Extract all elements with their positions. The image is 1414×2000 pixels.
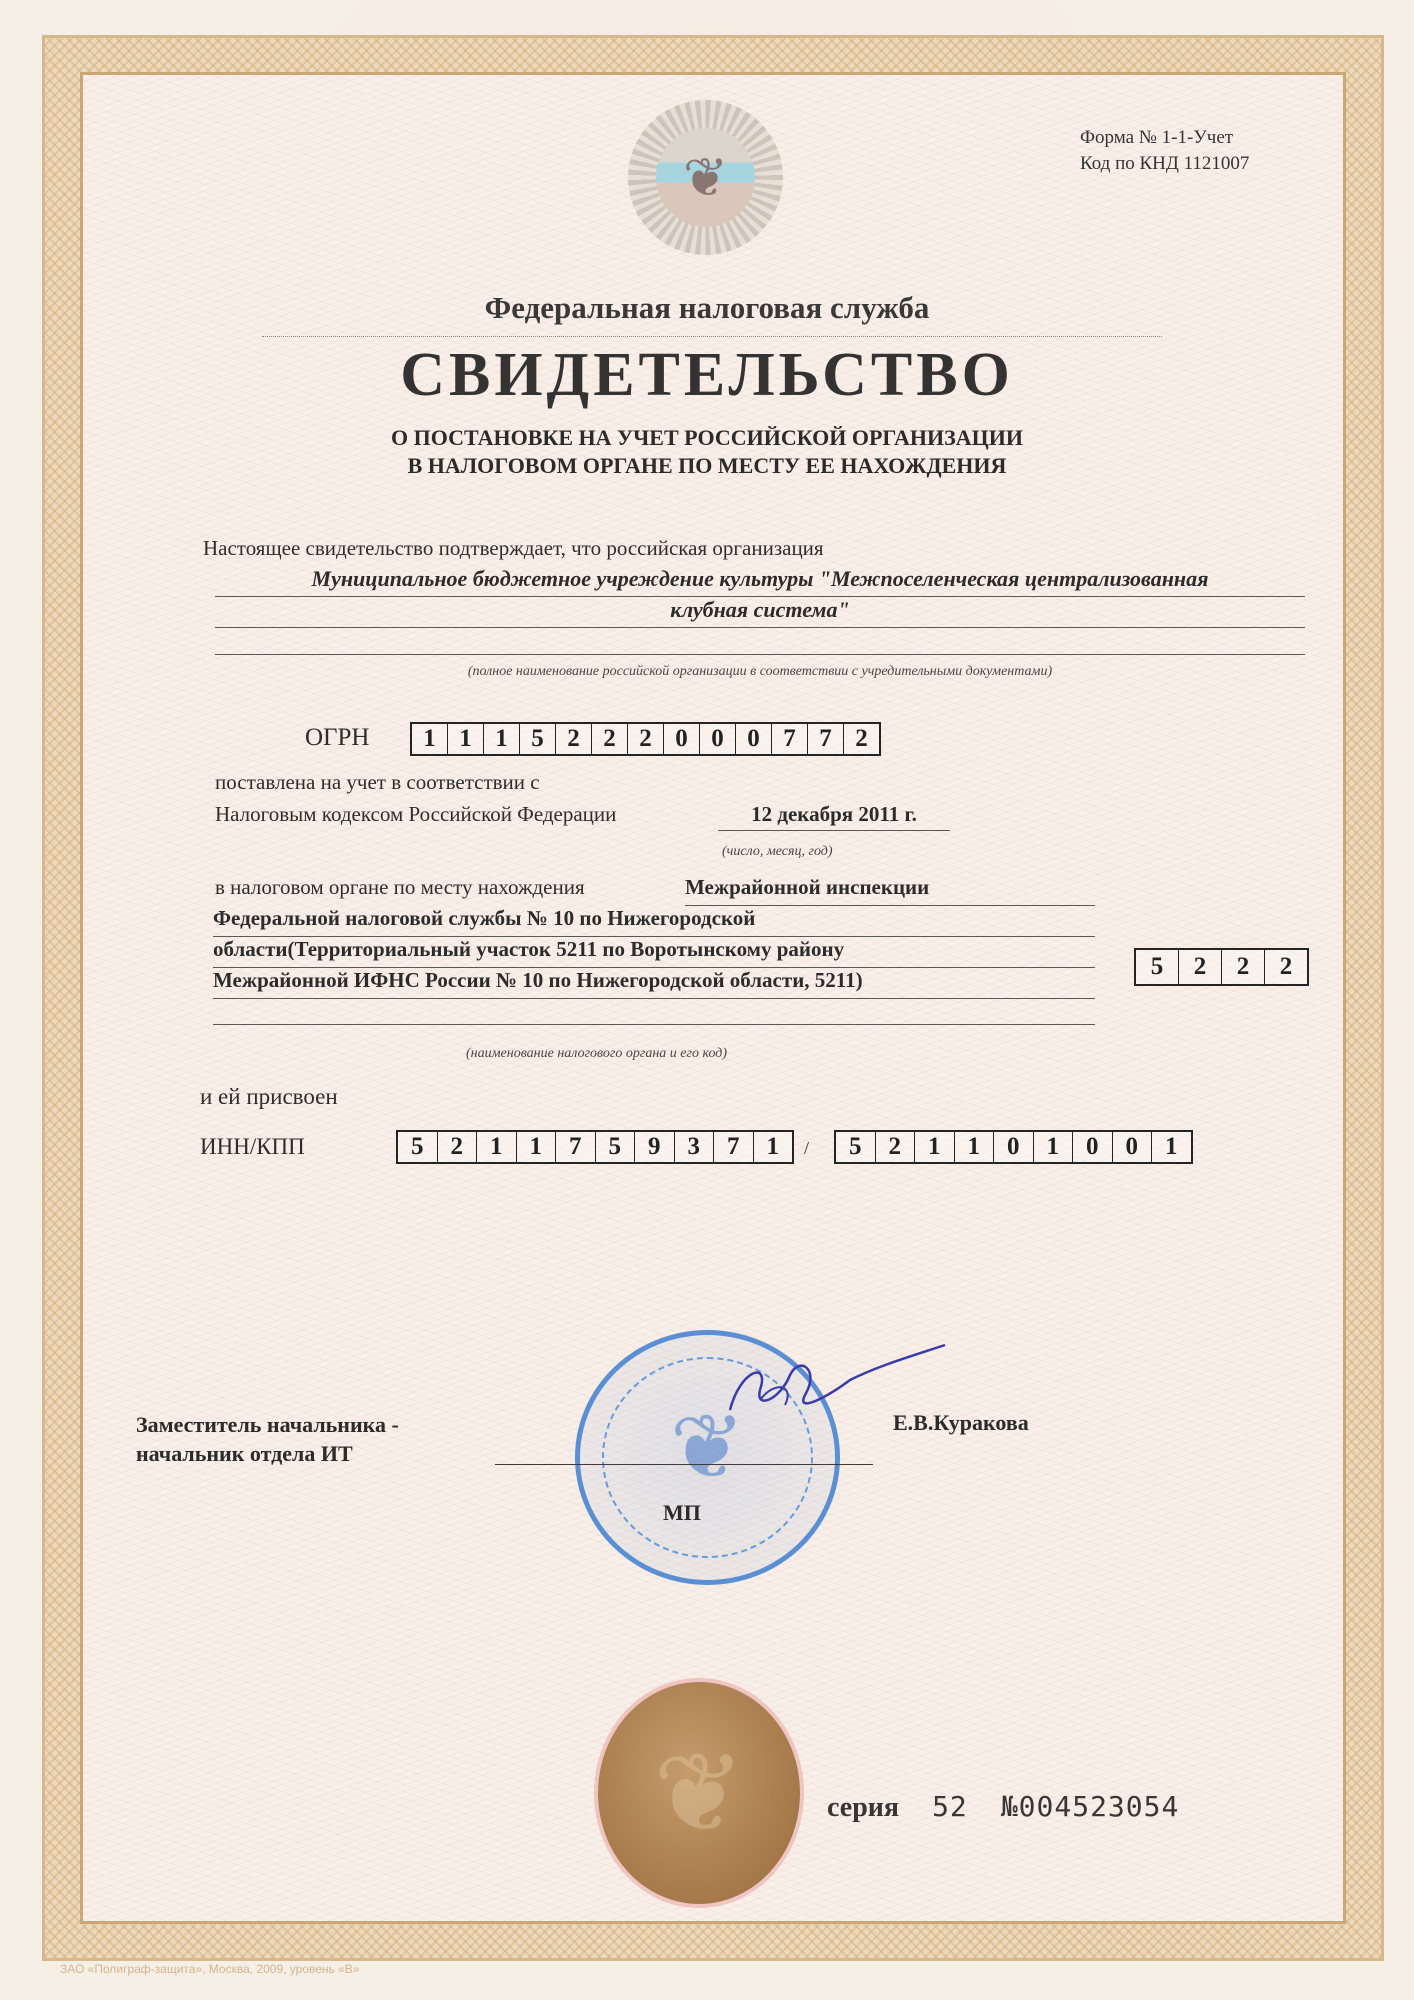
digit-box: 3 [675, 1132, 715, 1162]
digit-box: 5 [1136, 950, 1179, 984]
signatory-name: Е.В.Куракова [893, 1410, 1029, 1436]
organization-caption: (полное наименование российской организа… [0, 664, 1414, 680]
document-subtitle: О ПОСТАНОВКЕ НА УЧЕТ РОССИЙСКОЙ ОРГАНИЗА… [0, 424, 1414, 480]
digit-box: 9 [635, 1132, 675, 1162]
subtitle-line-1: О ПОСТАНОВКЕ НА УЧЕТ РОССИЙСКОЙ ОРГАНИЗА… [0, 424, 1414, 452]
registration-date: 12 декабря 2011 г. [718, 802, 950, 831]
registration-line-2: Налоговым кодексом Российской Федерации [215, 802, 616, 827]
digit-box: 2 [628, 724, 664, 754]
agency-name: Федеральная налоговая служба [0, 290, 1414, 326]
digit-box: 0 [1113, 1132, 1153, 1162]
digit-box: 2 [1179, 950, 1222, 984]
stamp-place-label: МП [663, 1500, 701, 1526]
digit-box: 7 [808, 724, 844, 754]
inn-kpp-label: ИНН/КПП [200, 1134, 305, 1160]
digit-box: 2 [876, 1132, 916, 1162]
subtitle-line-2: В НАЛОГОВОМ ОРГАНЕ ПО МЕСТУ ЕЕ НАХОЖДЕНИ… [0, 452, 1414, 480]
digit-box: 1 [412, 724, 448, 754]
digit-box: 7 [714, 1132, 754, 1162]
printer-imprint: ЗАО «Полиграф-защита», Москва, 2009, уро… [60, 1962, 359, 1976]
organization-intro: Настоящее свидетельство подтверждает, чт… [203, 536, 824, 561]
organization-name-line-2: клубная система" [215, 597, 1305, 628]
digit-box: 5 [596, 1132, 636, 1162]
digit-box: 2 [438, 1132, 478, 1162]
digit-box: 0 [1073, 1132, 1113, 1162]
digit-box: 1 [754, 1132, 793, 1162]
digit-box: 1 [517, 1132, 557, 1162]
digit-box: 2 [592, 724, 628, 754]
digit-box: 1 [448, 724, 484, 754]
tax-authority-code-boxes: 5222 [1134, 948, 1309, 986]
tax-authority-line-5 [213, 1000, 1095, 1025]
inn-kpp-separator: / [804, 1138, 809, 1159]
organization-name-line-3 [215, 630, 1305, 655]
embossed-seal-icon: ❦ [598, 1682, 800, 1904]
serial-number: №004523054 [1001, 1790, 1180, 1823]
tax-authority-line-3: области(Территориальный участок 5211 по … [213, 937, 1095, 968]
digit-box: 1 [477, 1132, 517, 1162]
digit-box: 1 [484, 724, 520, 754]
assigned-intro: и ей присвоен [200, 1084, 338, 1110]
agency-divider [262, 336, 1162, 337]
coat-of-arms-hologram-icon: ❦ [628, 100, 783, 255]
position-line-2: начальник отдела ИТ [136, 1439, 399, 1468]
digit-box: 2 [1222, 950, 1265, 984]
digit-box: 0 [736, 724, 772, 754]
digit-box: 7 [772, 724, 808, 754]
series-value: 52 [932, 1790, 968, 1823]
tax-authority-caption: (наименование налогового органа и его ко… [466, 1046, 727, 1062]
digit-box: 2 [556, 724, 592, 754]
form-number: Форма № 1-1-Учет [1080, 125, 1249, 151]
digit-box: 2 [844, 724, 879, 754]
digit-box: 0 [994, 1132, 1034, 1162]
kpp-digit-boxes: 521101001 [834, 1130, 1193, 1164]
certificate-sheet: ❦ Форма № 1-1-Учет Код по КНД 1121007 Фе… [0, 0, 1414, 2000]
digit-box: 0 [700, 724, 736, 754]
knd-code: Код по КНД 1121007 [1080, 151, 1249, 177]
tax-authority-line-4: Межрайонной ИФНС России № 10 по Нижегоро… [213, 968, 1095, 999]
signatory-position: Заместитель начальника - начальник отдел… [136, 1410, 399, 1468]
document-title: СВИДЕТЕЛЬСТВО [0, 340, 1414, 411]
date-caption: (число, месяц, год) [722, 844, 833, 860]
tax-authority-line-2: Федеральной налоговой службы № 10 по Ниж… [213, 906, 1095, 937]
ogrn-label: ОГРН [305, 724, 369, 752]
signature-line [495, 1464, 873, 1465]
position-line-1: Заместитель начальника - [136, 1410, 399, 1439]
tax-authority-intro: в налоговом органе по месту нахождения [215, 875, 585, 900]
serial-block: серия 52 №004523054 [827, 1790, 1179, 1824]
registration-line-1: поставлена на учет в соответствии с [215, 770, 540, 795]
digit-box: 1 [1034, 1132, 1074, 1162]
series-label: серия [827, 1792, 899, 1823]
digit-box: 0 [664, 724, 700, 754]
digit-box: 5 [520, 724, 556, 754]
form-identifier: Форма № 1-1-Учет Код по КНД 1121007 [1080, 125, 1249, 177]
inn-digit-boxes: 5211759371 [396, 1130, 794, 1164]
digit-box: 5 [398, 1132, 438, 1162]
digit-box: 7 [556, 1132, 596, 1162]
ogrn-digit-boxes: 1115222000772 [410, 722, 881, 756]
organization-name-line-1: Муниципальное бюджетное учреждение культ… [215, 566, 1305, 597]
digit-box: 2 [1265, 950, 1307, 984]
tax-authority-line-1: Межрайонной инспекции [685, 875, 1095, 906]
digit-box: 1 [1152, 1132, 1191, 1162]
digit-box: 1 [915, 1132, 955, 1162]
digit-box: 5 [836, 1132, 876, 1162]
digit-box: 1 [955, 1132, 995, 1162]
